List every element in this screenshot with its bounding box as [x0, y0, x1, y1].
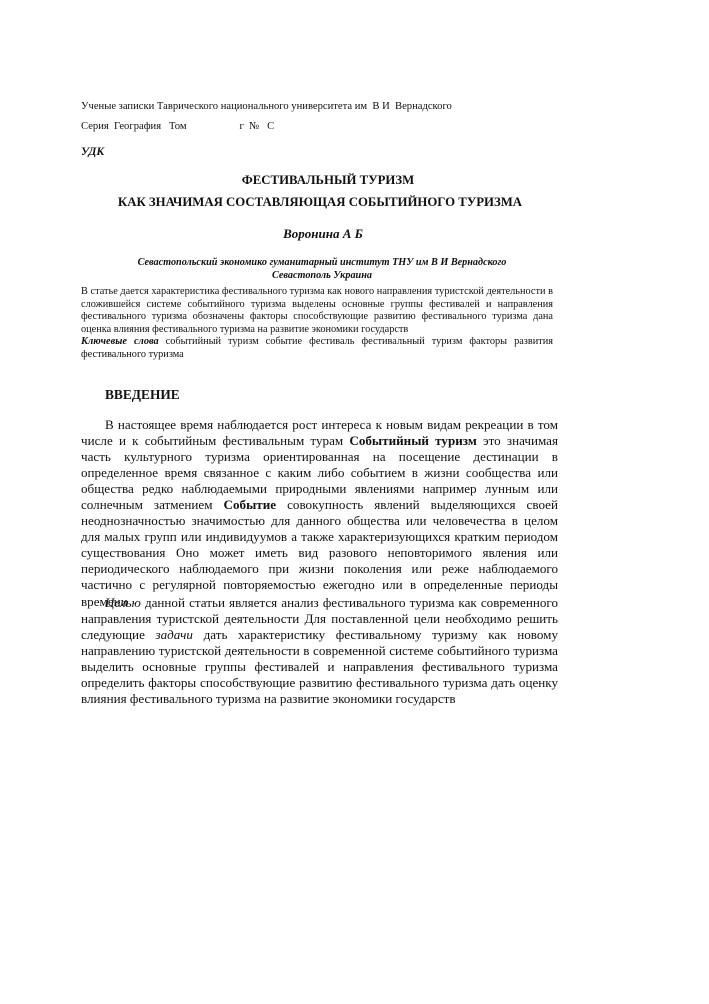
para1-text-3: совокупность явлений выделяющихся своей …	[81, 497, 558, 608]
introduction-paragraph-2: Целью данной статьи является анализ фест…	[81, 595, 558, 707]
affiliation: Севастопольский экономико гуманитарный и…	[82, 257, 562, 282]
keywords-label: Ключевые слова	[81, 336, 159, 347]
series-line: Серия География Том г № С	[81, 121, 274, 132]
section-heading-introduction: ВВЕДЕНИЕ	[105, 387, 180, 403]
term-goal: Целью	[105, 595, 141, 610]
journal-line: Ученые записки Таврического национальног…	[81, 101, 452, 112]
title-line-1: ФЕСТИВАЛЬНЫЙ ТУРИЗМ	[88, 173, 568, 188]
title-line-2: КАК ЗНАЧИМАЯ СОСТАВЛЯЮЩАЯ СОБЫТИЙНОГО ТУ…	[80, 195, 560, 210]
introduction-paragraph-1: В настоящее время наблюдается рост интер…	[81, 417, 558, 610]
term-tasks: задачи	[156, 627, 193, 642]
abstract-text: В статье дается характеристика фестиваль…	[81, 286, 553, 335]
udk-label: УДК	[81, 146, 104, 158]
affiliation-city: Севастополь Украина	[82, 270, 562, 283]
abstract: В статье дается характеристика фестиваль…	[81, 286, 553, 361]
term-event: Событие	[224, 497, 277, 512]
affiliation-institute: Севастопольский экономико гуманитарный и…	[82, 257, 562, 270]
author-name: Воронина А Б	[83, 226, 563, 242]
term-event-tourism: Событийный туризм	[349, 433, 476, 448]
